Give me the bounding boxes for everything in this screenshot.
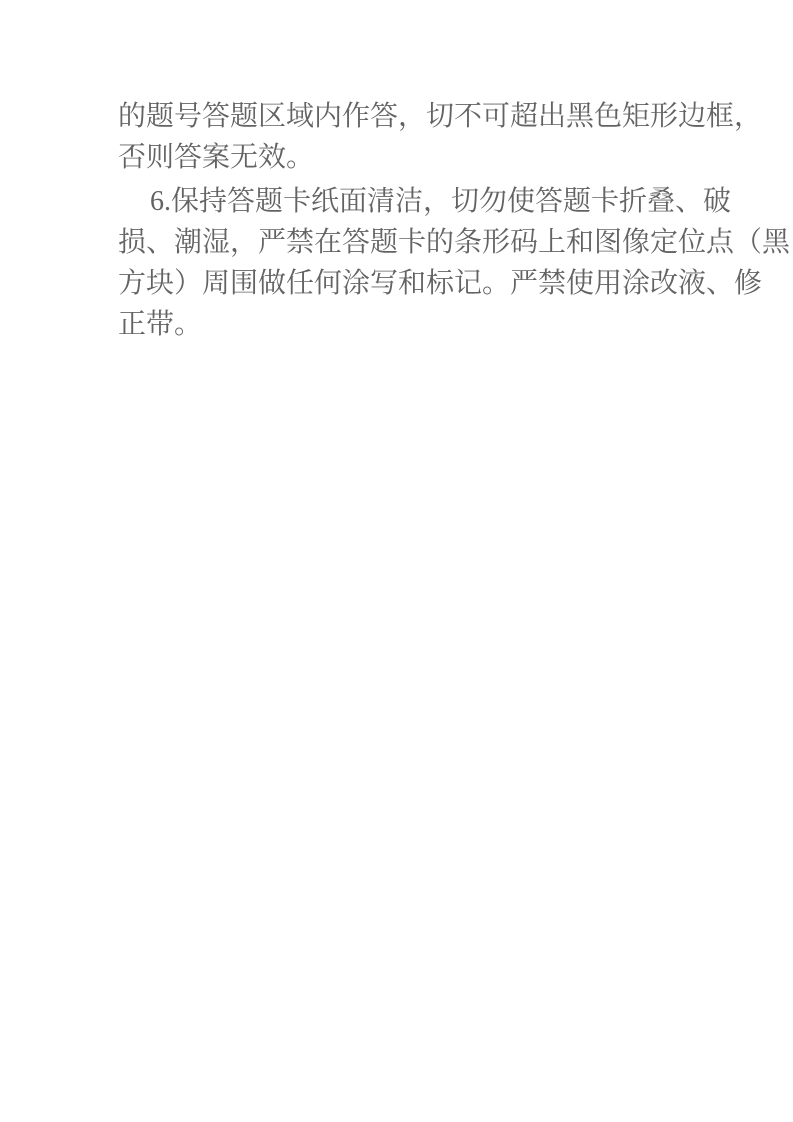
paragraph-continuation: 的题号答题区域内作答，切不可超出黑色矩形边框， 否则答案无效。	[118, 96, 675, 178]
text-line: 方块）周围做任何涂写和标记。严禁使用涂改液、修	[118, 263, 675, 304]
text-line: 6.保持答题卡纸面清洁，切勿使答题卡折叠、破	[118, 181, 675, 222]
paragraph-item-6: 6.保持答题卡纸面清洁，切勿使答题卡折叠、破 损、潮湿，严禁在答题卡的条形码上和…	[118, 181, 675, 345]
text-line: 否则答案无效。	[118, 137, 675, 178]
text-line: 的题号答题区域内作答，切不可超出黑色矩形边框，	[118, 96, 675, 137]
text-line: 损、潮湿，严禁在答题卡的条形码上和图像定位点（黑	[118, 222, 675, 263]
text-block: 的题号答题区域内作答，切不可超出黑色矩形边框， 否则答案无效。 6.保持答题卡纸…	[118, 96, 675, 345]
text-line: 正带。	[118, 304, 675, 345]
document-page: 的题号答题区域内作答，切不可超出黑色矩形边框， 否则答案无效。 6.保持答题卡纸…	[0, 0, 793, 1122]
